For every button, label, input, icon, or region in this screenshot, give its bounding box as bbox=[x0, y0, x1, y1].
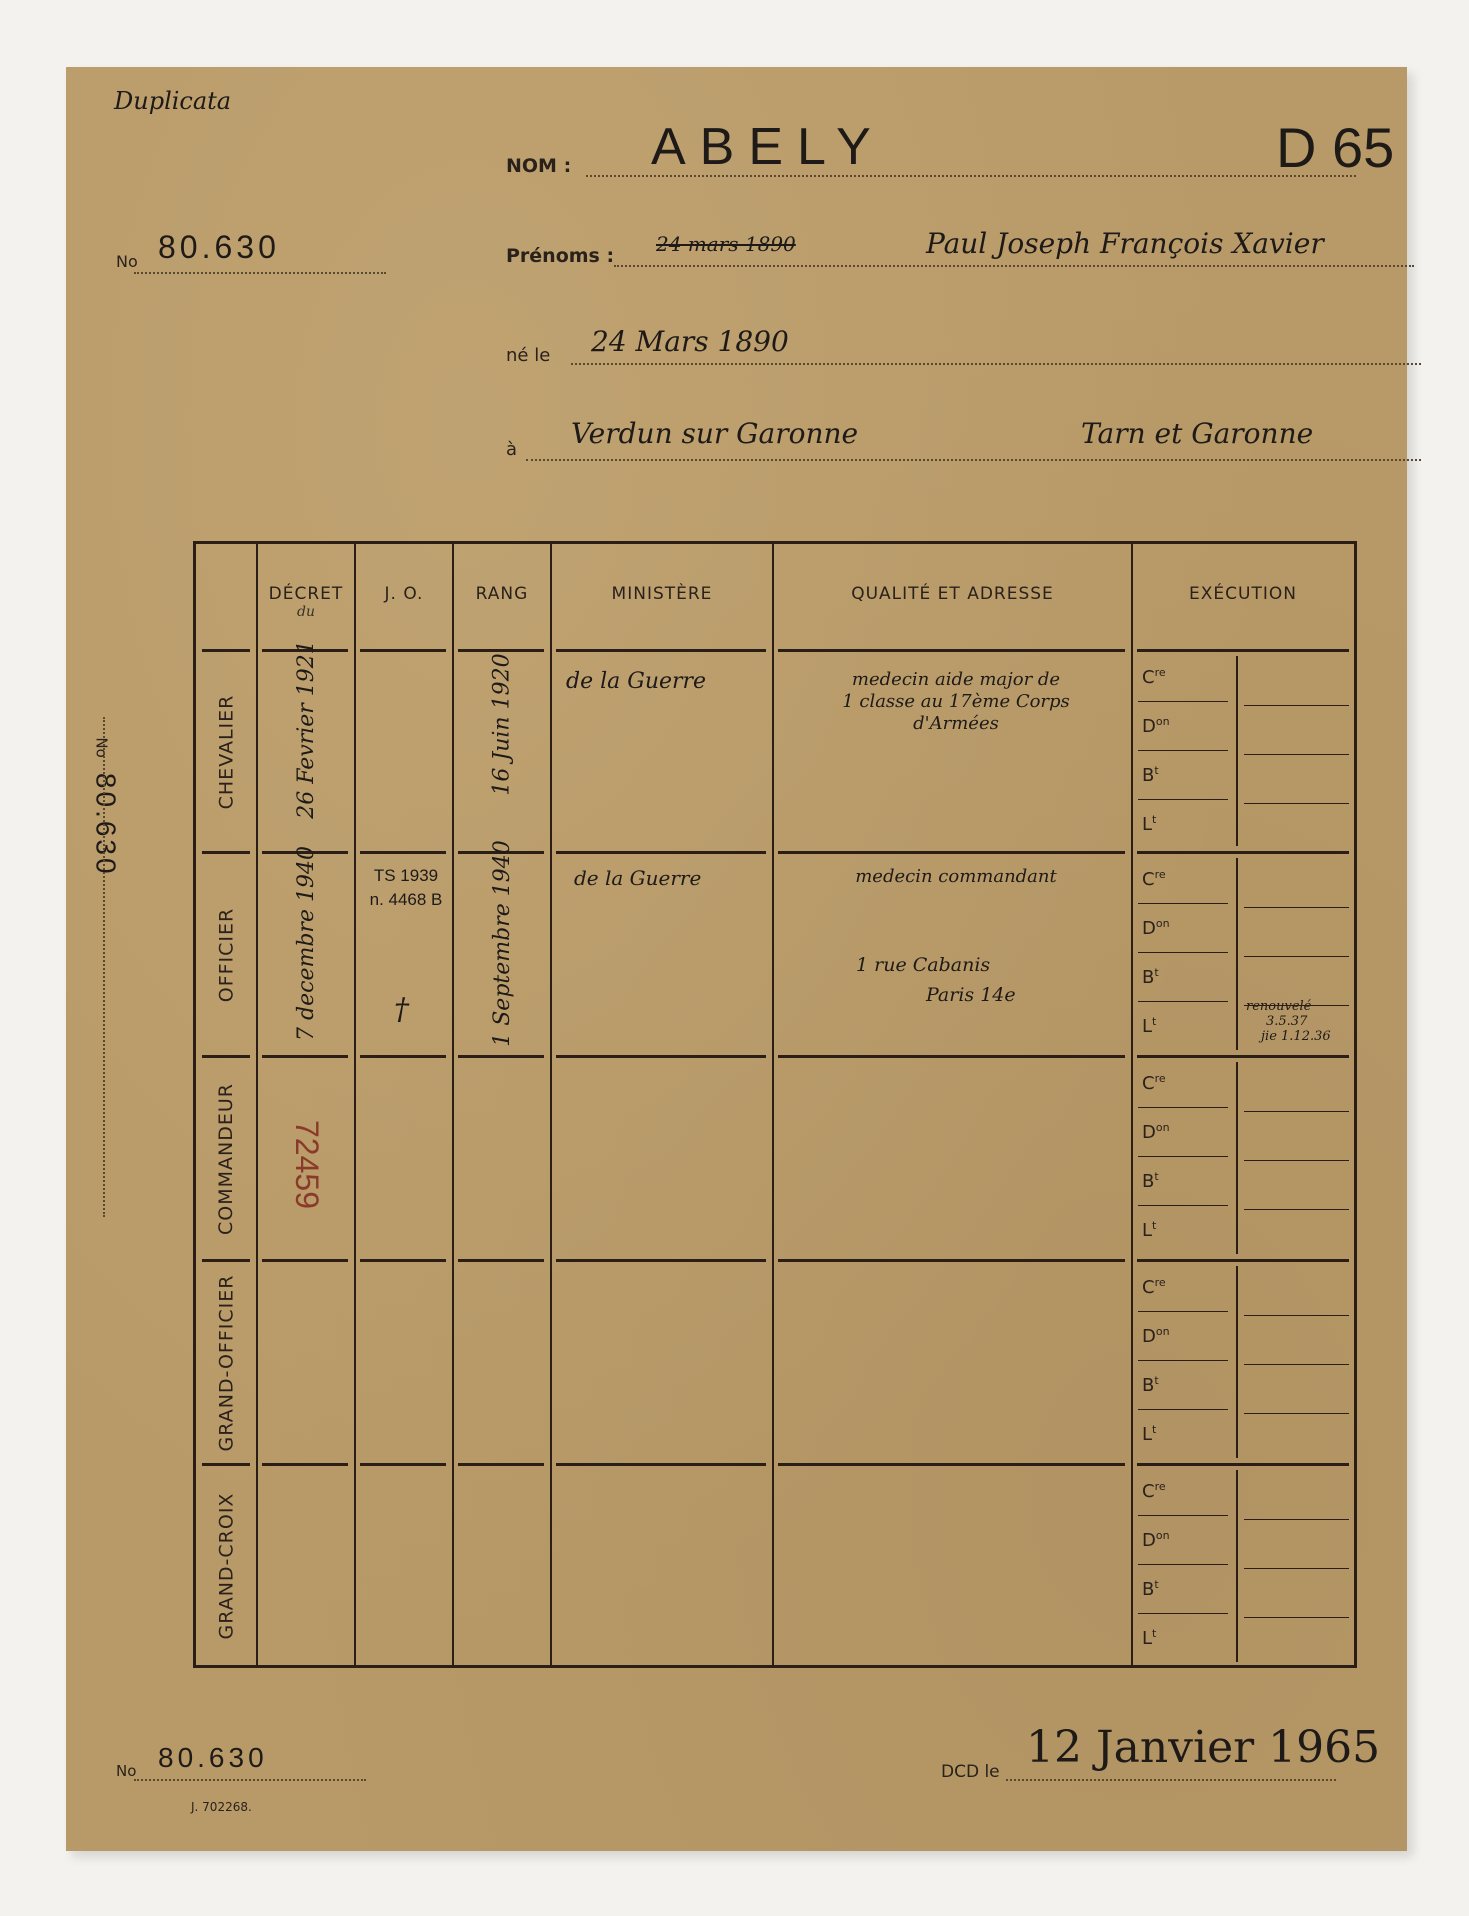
execution-label: Cre bbox=[1142, 1480, 1166, 1502]
rank-grand-croix: GRAND-CROIX bbox=[196, 1466, 256, 1665]
nom-value: ABELY bbox=[651, 117, 885, 177]
row-divider bbox=[556, 649, 766, 652]
execution-subrow-divider bbox=[1244, 1413, 1349, 1414]
row-divider bbox=[778, 851, 1125, 854]
execution-label: Lt bbox=[1142, 813, 1156, 835]
chevalier-decret: 26 Fevrier 1921 bbox=[258, 654, 354, 804]
prenoms-struck-text: 24 mars 1890 bbox=[656, 232, 796, 256]
execution-subrow-divider bbox=[1244, 1209, 1349, 1210]
execution-subrow-divider bbox=[1244, 1519, 1349, 1520]
header-jo: J. O. bbox=[356, 584, 452, 604]
execution-label: Lt bbox=[1142, 1627, 1156, 1649]
execution-subrow-divider bbox=[1244, 754, 1349, 755]
side-numero: No 80.630 bbox=[76, 687, 136, 927]
execution-subrow-divider bbox=[1244, 1160, 1349, 1161]
officier-rang: 1 Septembre 1940 bbox=[454, 856, 550, 1031]
execution-subrow-divider bbox=[1138, 1564, 1228, 1565]
exec-inner-divider bbox=[1236, 1266, 1238, 1458]
row-divider bbox=[778, 1259, 1125, 1262]
rank-officier: OFFICIER bbox=[196, 854, 256, 1055]
execution-subrow-divider bbox=[1138, 1107, 1228, 1108]
execution-subrow-divider bbox=[1138, 1205, 1228, 1206]
row-divider bbox=[556, 1259, 766, 1262]
dcd-dotline bbox=[1006, 1779, 1336, 1781]
officier-jo: TS 1939 n. 4468 B bbox=[360, 864, 452, 912]
row-divider bbox=[360, 1463, 446, 1466]
dossier-code: D 65 bbox=[1276, 115, 1394, 180]
row-divider bbox=[556, 1055, 766, 1058]
execution-subrow-divider bbox=[1138, 799, 1228, 800]
col-divider bbox=[354, 544, 356, 1665]
ne-le-value: 24 Mars 1890 bbox=[591, 325, 789, 358]
exec-inner-divider bbox=[1236, 1062, 1238, 1254]
print-reference: J. 702268. bbox=[191, 1800, 252, 1814]
commandeur-stamp-number: 72459 bbox=[258, 1084, 354, 1244]
execution-subrow-divider bbox=[1244, 1111, 1349, 1112]
execution-label: Cre bbox=[1142, 868, 1166, 890]
officier-qualite-line2: 1 rue Cabanis bbox=[856, 954, 990, 976]
execution-label: Lt bbox=[1142, 1219, 1156, 1241]
row-divider bbox=[778, 1463, 1125, 1466]
header-ministere: MINISTÈRE bbox=[552, 584, 772, 604]
row-divider bbox=[1137, 1259, 1349, 1262]
rank-grand-officier: GRAND-OFFICIER bbox=[196, 1262, 256, 1463]
nom-label: NOM : bbox=[506, 155, 571, 177]
row-divider bbox=[458, 649, 544, 652]
execution-label: Don bbox=[1142, 917, 1170, 939]
execution-subrow-divider bbox=[1138, 1156, 1228, 1157]
ne-le-dotline bbox=[571, 363, 1421, 365]
row-divider bbox=[262, 1463, 348, 1466]
row-divider bbox=[360, 1055, 446, 1058]
chevalier-ministere: de la Guerre bbox=[566, 669, 706, 694]
exec-inner-divider bbox=[1236, 858, 1238, 1050]
execution-subrow-divider bbox=[1244, 907, 1349, 908]
departement-value: Tarn et Garonne bbox=[1081, 417, 1313, 450]
execution-label: Lt bbox=[1142, 1015, 1156, 1037]
ne-le-label: né le bbox=[506, 345, 550, 366]
execution-subrow-divider bbox=[1244, 705, 1349, 706]
row-divider bbox=[458, 1055, 544, 1058]
footer-numero-value: 80.630 bbox=[158, 1742, 268, 1774]
row-divider bbox=[458, 1259, 544, 1262]
numero-dotline bbox=[134, 272, 386, 274]
execution-label: Lt bbox=[1142, 1423, 1156, 1445]
row-divider bbox=[556, 851, 766, 854]
execution-label: Bt bbox=[1142, 966, 1159, 988]
row-divider bbox=[778, 649, 1125, 652]
header-qualite: QUALITÉ ET ADRESSE bbox=[774, 584, 1131, 604]
rank-chevalier: CHEVALIER bbox=[196, 652, 256, 851]
execution-subrow-divider bbox=[1244, 1005, 1349, 1006]
execution-label: Bt bbox=[1142, 1578, 1159, 1600]
col-divider bbox=[550, 544, 552, 1665]
row-divider bbox=[778, 1055, 1125, 1058]
col-divider bbox=[772, 544, 774, 1665]
numero-value: 80.630 bbox=[158, 229, 280, 266]
header-decret: DÉCRET du bbox=[258, 584, 354, 620]
execution-subrow-divider bbox=[1138, 750, 1228, 751]
prenoms-value: Paul Joseph François Xavier bbox=[926, 227, 1324, 260]
legion-honneur-record-card: Duplicata No 80.630 NOM : ABELY D 65 Pré… bbox=[66, 67, 1407, 1851]
chevalier-rang: 16 Juin 1920 bbox=[454, 654, 550, 794]
execution-label: Cre bbox=[1142, 666, 1166, 688]
execution-label: Cre bbox=[1142, 1276, 1166, 1298]
execution-subrow-divider bbox=[1138, 1613, 1228, 1614]
footer-numero-dotline bbox=[134, 1779, 366, 1781]
footer-numero-label: No bbox=[116, 1762, 136, 1780]
prenoms-dotline bbox=[614, 265, 1414, 267]
execution-subrow-divider bbox=[1138, 1001, 1228, 1002]
execution-label: Bt bbox=[1142, 764, 1159, 786]
execution-subrow-divider bbox=[1138, 1360, 1228, 1361]
lieu-value: Verdun sur Garonne bbox=[571, 417, 858, 450]
lieu-dotline bbox=[526, 459, 1421, 461]
execution-label: Cre bbox=[1142, 1072, 1166, 1094]
execution-subrow-divider bbox=[1244, 803, 1349, 804]
header-rang: RANG bbox=[454, 584, 550, 604]
execution-subrow-divider bbox=[1244, 1568, 1349, 1569]
row-divider bbox=[458, 1463, 544, 1466]
dcd-value: 12 Janvier 1965 bbox=[1026, 1722, 1380, 1773]
officier-ministere: de la Guerre bbox=[574, 866, 701, 890]
row-divider bbox=[1137, 851, 1349, 854]
row-divider bbox=[262, 1055, 348, 1058]
execution-subrow-divider bbox=[1244, 1617, 1349, 1618]
execution-subrow-divider bbox=[1138, 1311, 1228, 1312]
row-divider bbox=[556, 1463, 766, 1466]
execution-label: Don bbox=[1142, 715, 1170, 737]
row-divider bbox=[1137, 649, 1349, 652]
officier-qualite-line1: medecin commandant bbox=[796, 866, 1116, 887]
row-divider bbox=[262, 1259, 348, 1262]
execution-subrow-divider bbox=[1244, 1315, 1349, 1316]
duplicata-annotation: Duplicata bbox=[114, 87, 231, 115]
execution-subrow-divider bbox=[1138, 701, 1228, 702]
execution-label: Don bbox=[1142, 1121, 1170, 1143]
execution-label: Bt bbox=[1142, 1170, 1159, 1192]
execution-subrow-divider bbox=[1138, 903, 1228, 904]
row-divider bbox=[360, 851, 446, 854]
execution-subrow-divider bbox=[1138, 1515, 1228, 1516]
officier-decret: 7 decembre 1940 bbox=[258, 856, 354, 1031]
execution-label: Don bbox=[1142, 1325, 1170, 1347]
chevalier-qualite: medecin aide major de 1 classe au 17ème … bbox=[796, 669, 1116, 735]
execution-subrow-divider bbox=[1244, 956, 1349, 957]
execution-subrow-divider bbox=[1138, 952, 1228, 953]
execution-label: Bt bbox=[1142, 1374, 1159, 1396]
col-divider bbox=[1131, 544, 1133, 1665]
exec-inner-divider bbox=[1236, 656, 1238, 846]
numero-label: No bbox=[116, 252, 138, 271]
execution-subrow-divider bbox=[1138, 1409, 1228, 1410]
execution-subrow-divider bbox=[1244, 1364, 1349, 1365]
exec-inner-divider bbox=[1236, 1470, 1238, 1662]
row-divider bbox=[360, 649, 446, 652]
officier-qualite-line3: Paris 14e bbox=[926, 984, 1016, 1006]
row-divider bbox=[1137, 1463, 1349, 1466]
decorations-table: DÉCRET du J. O. RANG MINISTÈRE QUALITÉ E… bbox=[193, 541, 1357, 1668]
dcd-label: DCD le bbox=[941, 1762, 1000, 1782]
row-divider bbox=[1137, 1055, 1349, 1058]
header-execution: EXÉCUTION bbox=[1133, 584, 1353, 604]
rank-commandeur: COMMANDEUR bbox=[196, 1058, 256, 1259]
officier-jo-mark: † bbox=[394, 992, 409, 1027]
row-divider bbox=[360, 1259, 446, 1262]
execution-label: Don bbox=[1142, 1529, 1170, 1551]
prenoms-label: Prénoms : bbox=[506, 245, 614, 267]
side-numero-dotline bbox=[103, 717, 105, 1217]
a-label: à bbox=[506, 439, 517, 460]
